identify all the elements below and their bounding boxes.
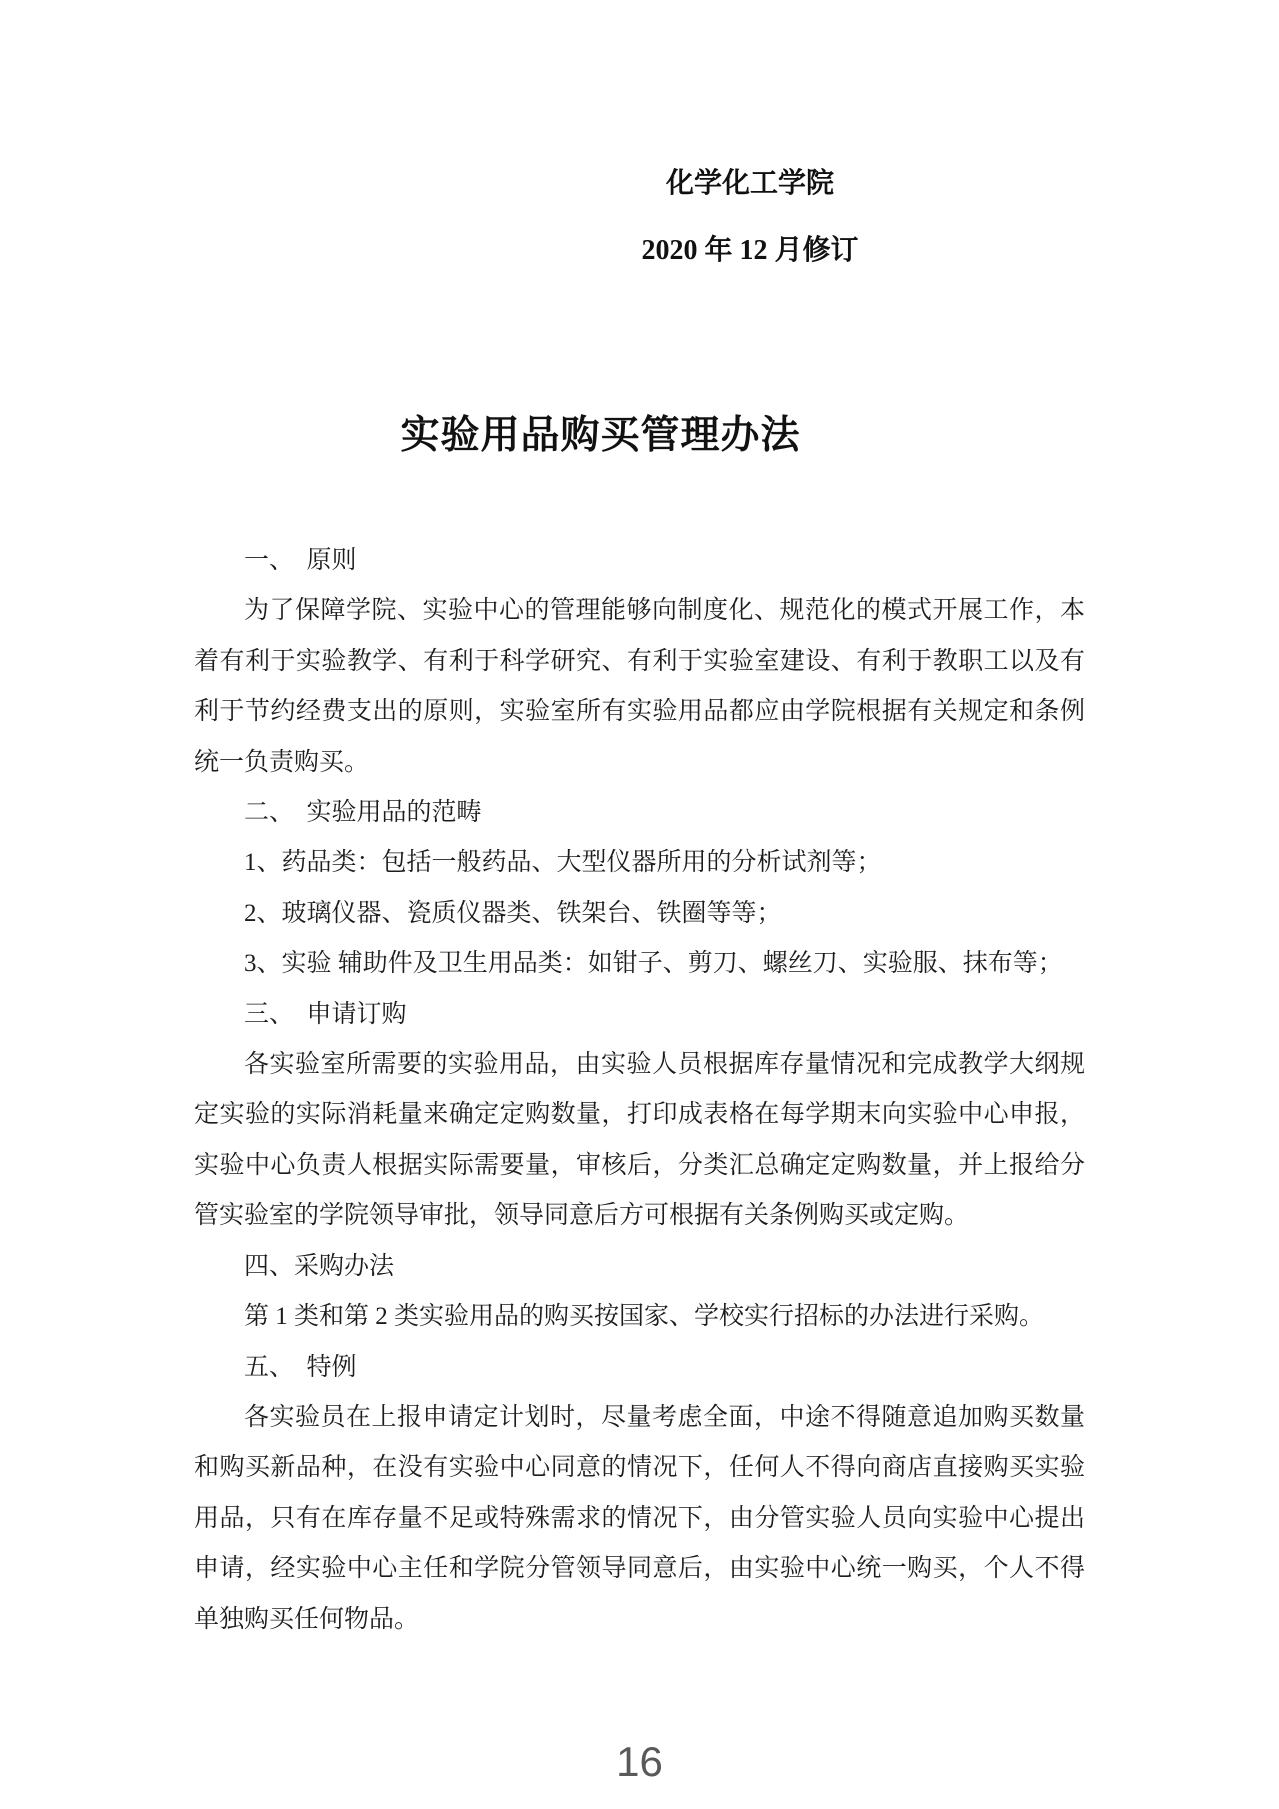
- section-heading-principles: 一、 原则: [194, 536, 1085, 586]
- document-page: 化学化工学院 2020 年 12 月修订 实验用品购买管理办法 一、 原则 为了…: [0, 0, 1279, 1809]
- list-item-chemicals: 1、药品类：包括一般药品、大型仪器所用的分析试剂等；: [194, 838, 1085, 888]
- section-heading-special-case: 五、 特例: [194, 1343, 1085, 1393]
- revision-date: 2020 年 12 月修订: [221, 217, 1279, 284]
- paragraph-principles: 为了保障学院、实验中心的管理能够向制度化、规范化的模式开展工作，本着有利于实验教…: [194, 586, 1085, 788]
- paragraph-procurement: 第 1 类和第 2 类实验用品的购买按国家、学校实行招标的办法进行采购。: [194, 1292, 1085, 1342]
- paragraph-ordering: 各实验室所需要的实验用品，由实验人员根据库存量情况和完成教学大纲规定实验的实际消…: [194, 1040, 1085, 1242]
- section-heading-ordering: 三、 申请订购: [194, 990, 1085, 1040]
- document-title: 实验用品购买管理办法: [0, 410, 1240, 462]
- paragraph-special-case: 各实验员在上报申请定计划时，尽量考虑全面，中途不得随意追加购买数量和购买新品种，…: [194, 1393, 1085, 1645]
- signature-block: 化学化工学院 2020 年 12 月修订: [221, 0, 1279, 284]
- document-body: 一、 原则 为了保障学院、实验中心的管理能够向制度化、规范化的模式开展工作，本着…: [194, 536, 1085, 1645]
- list-item-accessories: 3、实验 辅助件及卫生用品类：如钳子、剪刀、螺丝刀、实验服、抹布等；: [194, 939, 1085, 989]
- section-heading-scope: 二、 实验用品的范畴: [194, 788, 1085, 838]
- department-name: 化学化工学院: [221, 150, 1279, 217]
- list-item-glassware: 2、玻璃仪器、瓷质仪器类、铁架台、铁圈等等；: [194, 889, 1085, 939]
- section-heading-procurement: 四、采购办法: [194, 1242, 1085, 1292]
- page-number: 16: [0, 1738, 1279, 1786]
